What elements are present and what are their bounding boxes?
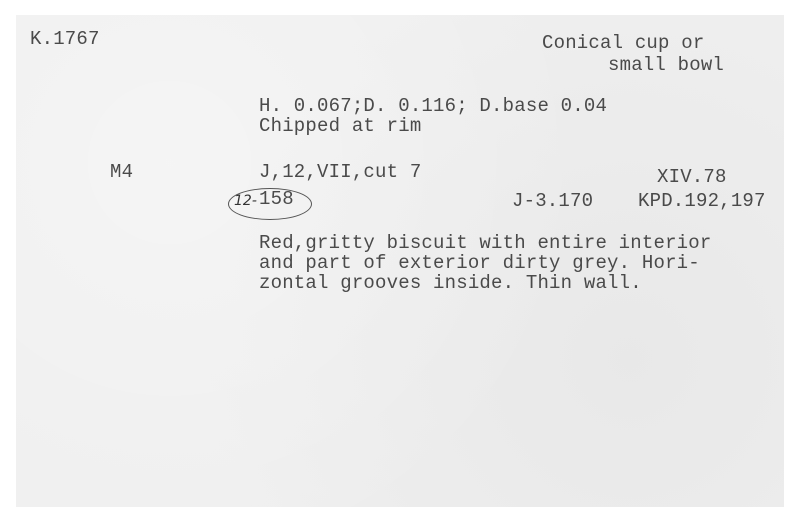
- reference-number: 158: [259, 189, 294, 209]
- description-line-2: and part of exterior dirty grey. Hori-: [259, 253, 700, 273]
- catalog-card: K.1767 Conical cup or small bowl H. 0.06…: [16, 15, 784, 507]
- notebook-reference: J-3.170: [512, 191, 593, 211]
- description-line-1: Red,gritty biscuit with entire interior: [259, 233, 711, 253]
- dimensions: H. 0.067;D. 0.116; D.base 0.04: [259, 96, 607, 116]
- object-type-line1: Conical cup or: [542, 33, 704, 53]
- plate-reference: XIV.78: [657, 167, 727, 187]
- description-line-3: zontal grooves inside. Thin wall.: [259, 273, 642, 293]
- excavation-context: J,12,VII,cut 7: [259, 162, 421, 182]
- catalog-number: K.1767: [30, 29, 100, 49]
- condition: Chipped at rim: [259, 116, 421, 136]
- object-type-line2: small bowl: [608, 55, 724, 75]
- publication-reference: KPD.192,197: [638, 191, 766, 211]
- handwritten-prefix: 12-: [234, 193, 257, 209]
- location-code: M4: [110, 162, 133, 182]
